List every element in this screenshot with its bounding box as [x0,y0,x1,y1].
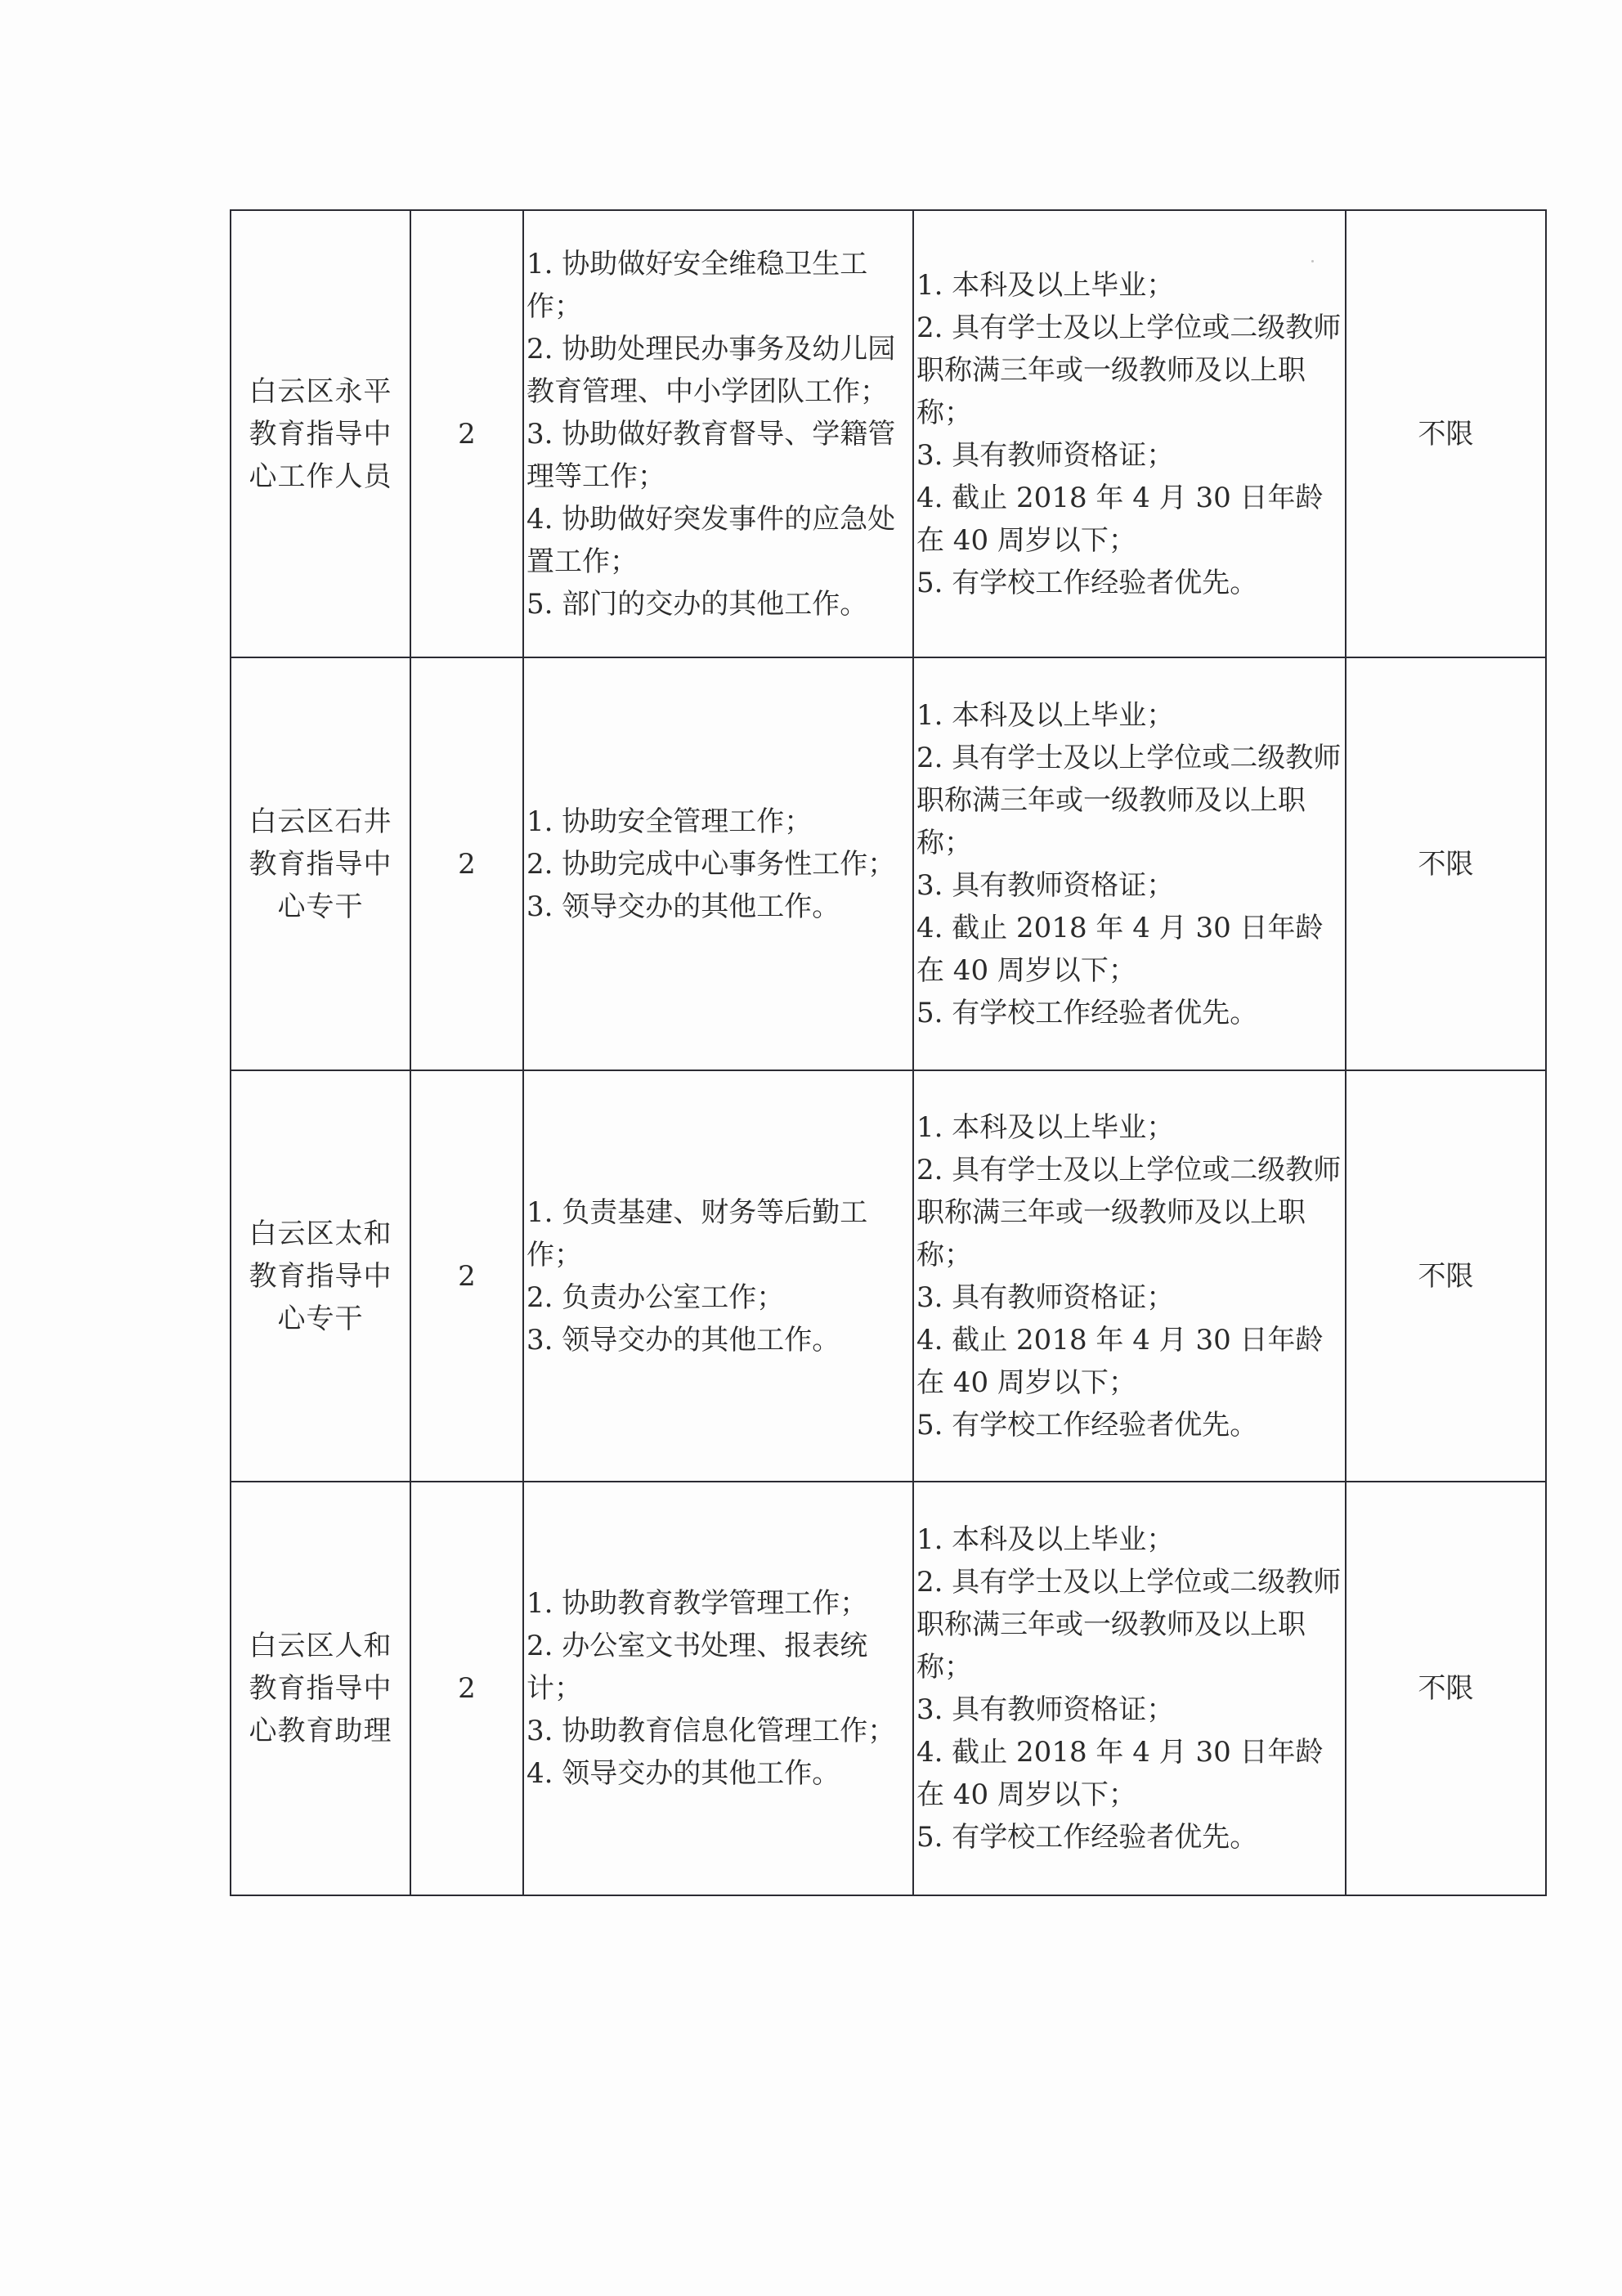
qualification-item: 4. 截止 2018 年 4 月 30 日年龄在 40 周岁以下； [916,907,1342,992]
qualification-item: 5. 有学校工作经验者优先。 [916,1816,1342,1859]
duty-item: 2. 办公室文书处理、报表统计； [526,1625,909,1710]
duty-item: 2. 协助处理民办事务及幼儿园教育管理、中小学团队工作； [526,328,909,413]
duty-item: 3. 领导交办的其他工作。 [526,1319,909,1361]
qualification-item: 2. 具有学士及以上学位或二级教师职称满三年或一级教师及以上职称； [916,1149,1342,1276]
qualification-item: 2. 具有学士及以上学位或二级教师职称满三年或一级教师及以上职称； [916,737,1342,864]
position-name-line: 教育指导中 [243,413,398,455]
qualifications-cell: 1. 本科及以上毕业； 2. 具有学士及以上学位或二级教师职称满三年或一级教师及… [913,1070,1346,1482]
headcount-cell: 2 [410,210,523,657]
duty-item: 2. 负责办公室工作； [526,1276,909,1319]
duty-item: 3. 领导交办的其他工作。 [526,886,909,928]
table-row: 白云区永平 教育指导中 心工作人员 2 1. 协助做好安全维稳卫生工作； 2. … [231,210,1546,657]
duties-cell: 1. 协助做好安全维稳卫生工作； 2. 协助处理民办事务及幼儿园教育管理、中小学… [523,210,913,657]
headcount-cell: 2 [410,657,523,1070]
position-name-line: 白云区人和 [243,1625,398,1667]
qualifications-cell: 1. 本科及以上毕业； 2. 具有学士及以上学位或二级教师职称满三年或一级教师及… [913,657,1346,1070]
position-name-line: 白云区太和 [243,1213,398,1255]
qualification-item: 3. 具有教师资格证； [916,434,1342,477]
position-name-line: 教育指导中 [243,843,398,886]
position-name-cell: 白云区人和 教育指导中 心教育助理 [231,1482,410,1895]
duties-cell: 1. 协助教育教学管理工作； 2. 办公室文书处理、报表统计； 3. 协助教育信… [523,1482,913,1895]
position-name-cell: 白云区太和 教育指导中 心专干 [231,1070,410,1482]
qualifications-cell: 1. 本科及以上毕业； 2. 具有学士及以上学位或二级教师职称满三年或一级教师及… [913,210,1346,657]
qualification-item: 4. 截止 2018 年 4 月 30 日年龄在 40 周岁以下； [916,1319,1342,1404]
table-row: 白云区人和 教育指导中 心教育助理 2 1. 协助教育教学管理工作； 2. 办公… [231,1482,1546,1895]
duties-cell: 1. 协助安全管理工作； 2. 协助完成中心事务性工作； 3. 领导交办的其他工… [523,657,913,1070]
qualification-item: 1. 本科及以上毕业； [916,264,1342,307]
qualification-item: 1. 本科及以上毕业； [916,1106,1342,1149]
duty-item: 4. 协助做好突发事件的应急处置工作； [526,498,909,583]
qualification-item: 2. 具有学士及以上学位或二级教师职称满三年或一级教师及以上职称； [916,307,1342,434]
qualification-item: 1. 本科及以上毕业； [916,1518,1342,1561]
position-name-line: 心专干 [243,886,398,928]
major-requirement-cell: 不限 [1346,1070,1546,1482]
position-name-line: 心教育助理 [243,1710,398,1752]
duty-item: 2. 协助完成中心事务性工作； [526,843,909,886]
position-name-line: 白云区永平 [243,370,398,413]
duty-item: 1. 负责基建、财务等后勤工作； [526,1191,909,1276]
duty-item: 3. 协助做好教育督导、学籍管理等工作； [526,413,909,498]
position-name-cell: 白云区永平 教育指导中 心工作人员 [231,210,410,657]
qualification-item: 4. 截止 2018 年 4 月 30 日年龄在 40 周岁以下； [916,1731,1342,1816]
duty-item: 3. 协助教育信息化管理工作； [526,1710,909,1752]
qualifications-cell: 1. 本科及以上毕业； 2. 具有学士及以上学位或二级教师职称满三年或一级教师及… [913,1482,1346,1895]
headcount-cell: 2 [410,1070,523,1482]
position-name-line: 教育指导中 [243,1255,398,1298]
table-row: 白云区太和 教育指导中 心专干 2 1. 负责基建、财务等后勤工作； 2. 负责… [231,1070,1546,1482]
positions-table: 白云区永平 教育指导中 心工作人员 2 1. 协助做好安全维稳卫生工作； 2. … [230,209,1547,1896]
qualification-item: 5. 有学校工作经验者优先。 [916,1404,1342,1446]
table-row: 白云区石井 教育指导中 心专干 2 1. 协助安全管理工作； 2. 协助完成中心… [231,657,1546,1070]
qualification-item: 1. 本科及以上毕业； [916,694,1342,737]
qualification-item: 5. 有学校工作经验者优先。 [916,562,1342,604]
major-requirement-cell: 不限 [1346,657,1546,1070]
qualification-item: 3. 具有教师资格证； [916,1688,1342,1731]
position-name-cell: 白云区石井 教育指导中 心专干 [231,657,410,1070]
duties-cell: 1. 负责基建、财务等后勤工作； 2. 负责办公室工作； 3. 领导交办的其他工… [523,1070,913,1482]
qualification-item: 3. 具有教师资格证； [916,864,1342,907]
duty-item: 4. 领导交办的其他工作。 [526,1752,909,1795]
position-name-line: 教育指导中 [243,1667,398,1710]
duty-item: 1. 协助教育教学管理工作； [526,1582,909,1625]
duty-item: 1. 协助做好安全维稳卫生工作； [526,243,909,328]
duty-item: 5. 部门的交办的其他工作。 [526,583,909,626]
major-requirement-cell: 不限 [1346,1482,1546,1895]
headcount-cell: 2 [410,1482,523,1895]
position-name-line: 白云区石井 [243,800,398,843]
duty-item: 1. 协助安全管理工作； [526,800,909,843]
major-requirement-cell: 不限 [1346,210,1546,657]
position-name-line: 心专干 [243,1298,398,1340]
qualification-item: 4. 截止 2018 年 4 月 30 日年龄在 40 周岁以下； [916,477,1342,562]
qualification-item: 5. 有学校工作经验者优先。 [916,992,1342,1034]
qualification-item: 2. 具有学士及以上学位或二级教师职称满三年或一级教师及以上职称； [916,1561,1342,1688]
position-name-line: 心工作人员 [243,455,398,498]
qualification-item: 3. 具有教师资格证； [916,1276,1342,1319]
